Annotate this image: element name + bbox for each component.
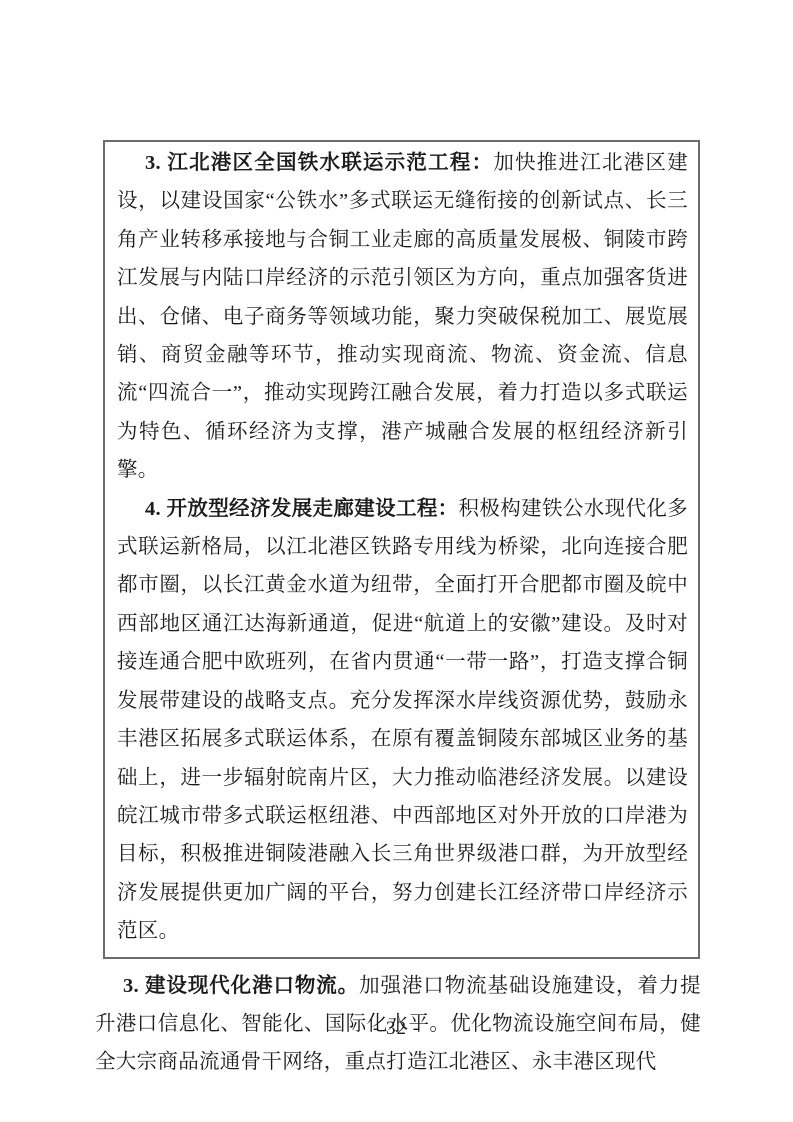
paragraph-body: 积极构建铁公水现代化多式联运新格局，以江北港区铁路专用线为桥梁，北向连接合肥都市… — [117, 498, 688, 942]
paragraph-lead: 4. 开放型经济发展走廊建设工程： — [145, 498, 459, 520]
paragraph-lead: 3. 江北港区全国铁水联运示范工程： — [145, 152, 493, 174]
page-number: - 32 - — [0, 1018, 793, 1040]
paragraph-lead: 3. 建设现代化港口物流。 — [123, 975, 359, 997]
box-paragraph-open-economy-corridor: 4. 开放型经济发展走廊建设工程：积极构建铁公水现代化多式联运新格局，以江北港区… — [117, 490, 688, 951]
paragraph-body: 加快推进江北港区建设，以建设国家“公铁水”多式联运无缝衔接的创新试点、长三角产业… — [117, 152, 688, 481]
document-page: 3. 江北港区全国铁水联运示范工程：加快推进江北港区建设，以建设国家“公铁水”多… — [0, 0, 793, 1122]
project-highlight-box: 3. 江北港区全国铁水联运示范工程：加快推进江北港区建设，以建设国家“公铁水”多… — [103, 140, 700, 959]
box-paragraph-jiangbei-port: 3. 江北港区全国铁水联运示范工程：加快推进江北港区建设，以建设国家“公铁水”多… — [117, 144, 688, 490]
